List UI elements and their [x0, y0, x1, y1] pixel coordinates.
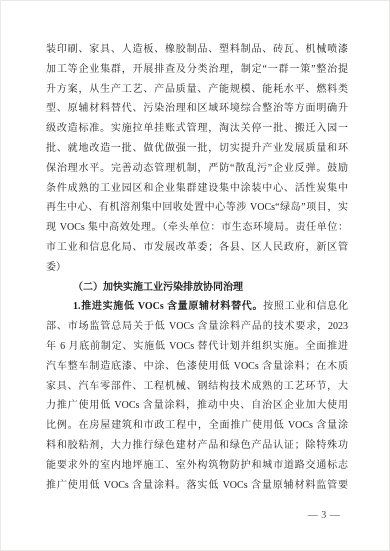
- document-body: 装印刷、家具、人造板、橡胶制品、塑料制品、砖瓦、机械喷漆加工等企业集群，开展排查…: [46, 40, 348, 495]
- text-segment: 加工等企业集群，开展排查及分类治理，制定“一群一策”整治提: [46, 64, 348, 75]
- text-segment: 年 6 月底前制定、实施低 VOCs 替代计划并组织实施。全面推进: [46, 341, 348, 352]
- text-segment: 装印刷、家具、人造板、橡胶制品、塑料制品、砖瓦、机械喷漆: [46, 44, 348, 55]
- text-line: 料和胶粘剂，大力推行绿色建材产品和绿色产品认证；除特殊功: [46, 436, 348, 456]
- text-segment: 再生中心、有机溶剂集中回收处置中心等涉 VOCs“绿岛”项目，实: [46, 202, 348, 213]
- text-line: 力推广使用低 VOCs 含量涂料，推动中央、自治区企业加大使用: [46, 396, 348, 416]
- text-segment: 级改造标准。实施拉单挂账式管理，淘汰关停一批、搬迁入园一: [46, 123, 348, 134]
- text-segment: 现 VOCs 集中高效处理。: [46, 222, 162, 233]
- text-line: 能要求外的室内地坪施工、室外构筑物防护和城市道路交通标志: [46, 456, 348, 476]
- text-line: 装印刷、家具、人造板、橡胶制品、塑料制品、砖瓦、机械喷漆: [46, 40, 348, 60]
- text-line: 家具、汽车零部件、工程机械、钢结构技术成熟的工艺环节，大: [46, 377, 348, 397]
- text-line: 型、原辅材料替代、污染治理和区域环境综合整治等方面明确升: [46, 99, 348, 119]
- section-heading: （二）加快实施工业污染排放协同治理: [46, 278, 348, 298]
- bold-text-segment: 1.推进实施低 VOCs 含量原辅材料替代。: [73, 301, 263, 312]
- text-segment: 汽车整车制造底漆、中涂、色漆使用低 VOCs 含量涂料；在木质: [46, 361, 348, 372]
- text-segment: 料和胶粘剂，大力推行绿色建材产品和绿色产品认证；除特殊功: [46, 440, 348, 451]
- text-segment: 比例。在房屋建筑和市政工程中，全面推广使用低 VOCs 含量涂: [46, 420, 348, 431]
- text-line: 委）: [46, 258, 348, 278]
- text-line: 比例。在房屋建筑和市政工程中，全面推广使用低 VOCs 含量涂: [46, 416, 348, 436]
- text-segment: 力推广使用低 VOCs 含量涂料，推动中央、自治区企业加大使用: [46, 400, 348, 411]
- document-page: 装印刷、家具、人造板、橡胶制品、塑料制品、砖瓦、机械喷漆加工等企业集群，开展排查…: [0, 0, 390, 551]
- text-line: 汽车整车制造底漆、中涂、色漆使用低 VOCs 含量涂料；在木质: [46, 357, 348, 377]
- text-segment: 批、就地改造一批、做优做强一批，切实提升产业发展质量和环: [46, 143, 348, 154]
- text-line: 市工业和信息化局、市发展改革委；各县、区人民政府，新区管: [46, 238, 348, 258]
- text-segment: 按照工业和信息化: [263, 301, 348, 312]
- text-line: 推广使用低 VOCs 含量涂料。落实低 VOCs 含量原辅材料监管要: [46, 476, 348, 496]
- text-segment: 推广使用低 VOCs 含量涂料。落实低 VOCs 含量原辅材料监管要: [46, 480, 348, 491]
- text-segment: 条件成熟的工业园区和企业集群建设集中涂装中心、活性炭集中: [46, 183, 348, 194]
- page-number: — 3 —: [300, 508, 348, 524]
- text-line: 批、就地改造一批、做优做强一批，切实提升产业发展质量和环: [46, 139, 348, 159]
- text-line: 升方案，从生产工艺、产品质量、产能规模、能耗水平、燃料类: [46, 80, 348, 100]
- text-line: 年 6 月底前制定、实施低 VOCs 替代计划并组织实施。全面推进: [46, 337, 348, 357]
- kaiti-text-segment: 市工业和信息化局、市发展改革委；各县、区人民政府，新区管: [46, 242, 348, 253]
- text-segment: 型、原辅材料替代、污染治理和区域环境综合整治等方面明确升: [46, 103, 348, 114]
- text-segment: 升方案，从生产工艺、产品质量、产能规模、能耗水平、燃料类: [46, 84, 348, 95]
- text-line: 部、市场监管总局关于低 VOCs 含量涂料产品的技术要求，2023: [46, 317, 348, 337]
- bold-text-segment: （二）加快实施工业污染排放协同治理: [73, 282, 243, 293]
- text-line: 现 VOCs 集中高效处理。（牵头单位：市生态环境局。责任单位：: [46, 218, 348, 238]
- text-line: 保治理水平。完善动态管理机制，严防“散乱污”企业反弹。鼓励: [46, 159, 348, 179]
- text-line: 条件成熟的工业园区和企业集群建设集中涂装中心、活性炭集中: [46, 179, 348, 199]
- kaiti-text-segment: 委）: [46, 262, 66, 273]
- text-line: 1.推进实施低 VOCs 含量原辅材料替代。按照工业和信息化: [46, 297, 348, 317]
- text-segment: 部、市场监管总局关于低 VOCs 含量涂料产品的技术要求，2023: [46, 321, 348, 332]
- text-segment: 能要求外的室内地坪施工、室外构筑物防护和城市道路交通标志: [46, 460, 348, 471]
- text-line: 加工等企业集群，开展排查及分类治理，制定“一群一策”整治提: [46, 60, 348, 80]
- text-segment: 保治理水平。完善动态管理机制，严防“散乱污”企业反弹。鼓励: [46, 163, 348, 174]
- text-segment: 家具、汽车零部件、工程机械、钢结构技术成熟的工艺环节，大: [46, 381, 348, 392]
- text-line: 级改造标准。实施拉单挂账式管理，淘汰关停一批、搬迁入园一: [46, 119, 348, 139]
- text-line: 再生中心、有机溶剂集中回收处置中心等涉 VOCs“绿岛”项目，实: [46, 198, 348, 218]
- kaiti-text-segment: （牵头单位：市生态环境局。责任单位：: [162, 222, 348, 233]
